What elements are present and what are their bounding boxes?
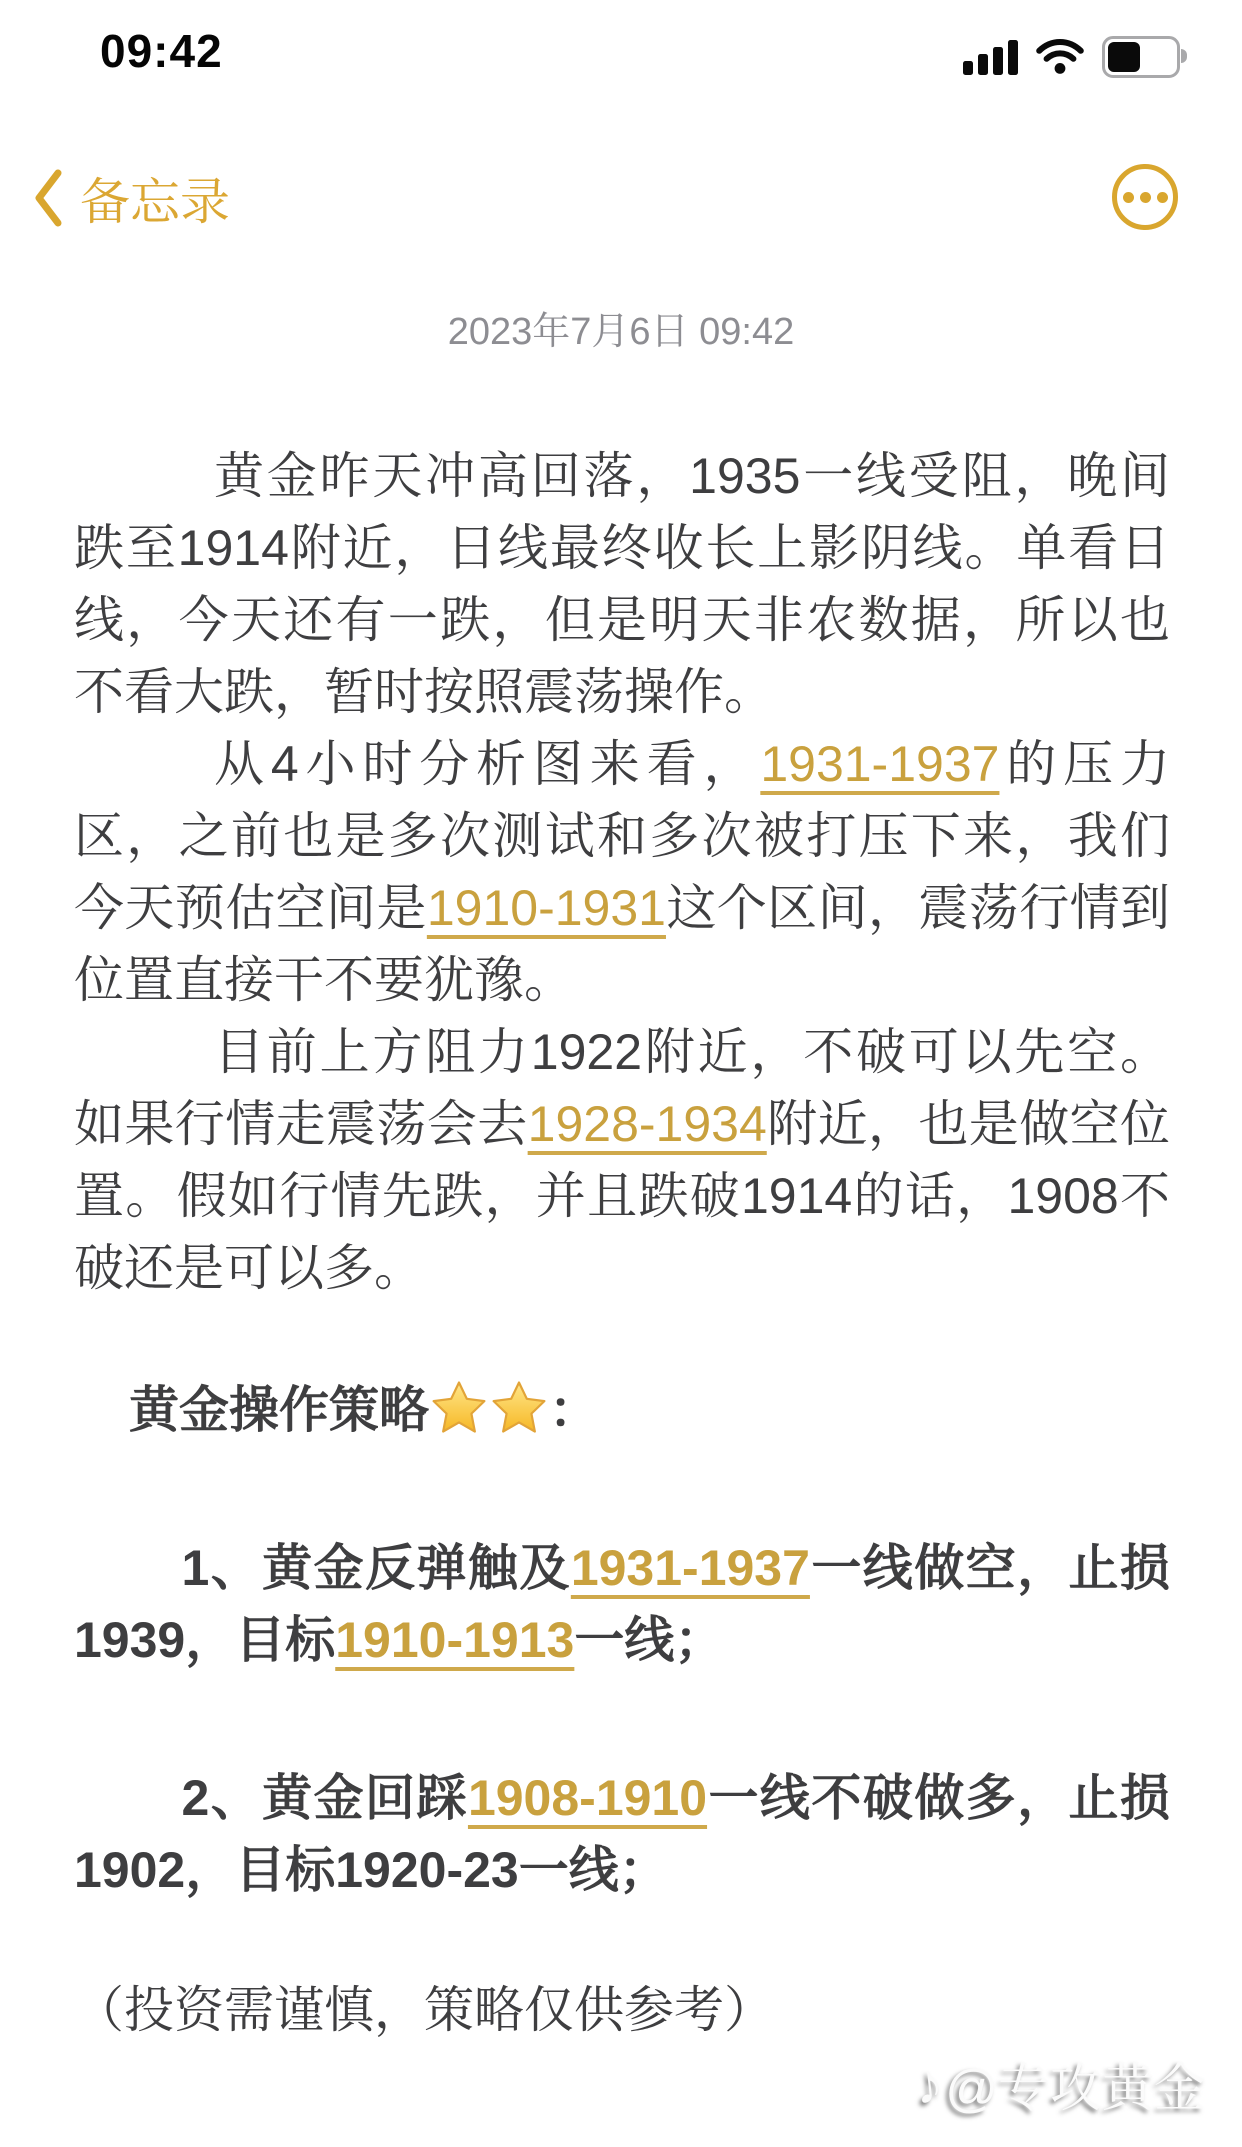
price-range-link[interactable]: 1910-1913 (335, 1612, 574, 1668)
text-run: 一线； (574, 1612, 724, 1668)
price-range-link[interactable]: 1931-1937 (760, 736, 999, 792)
paragraph: 目前上方阻力1922附近，不破可以先空。如果行情走震荡会去1928-1934附近… (74, 1016, 1170, 1304)
price-range-link[interactable]: 1910-1931 (427, 880, 666, 936)
paragraph: 从4小时分析图来看，1931-1937的压力区，之前也是多次测试和多次被打压下来… (74, 728, 1170, 1016)
cellular-signal-icon (963, 39, 1018, 75)
strategy-item-2: 2、黄金回踩1908-1910一线不破做多，止损1902，目标1920-23一线… (74, 1762, 1170, 1906)
status-bar: 09:42 (0, 0, 1242, 110)
signal-bar (963, 61, 973, 75)
watermark-handle: @专攻黄金 (945, 2046, 1206, 2121)
strategy-item-1: 1、黄金反弹触及1931-1937一线做空，止损1939，目标1910-1913… (74, 1532, 1170, 1676)
signal-bar (993, 47, 1003, 75)
text-run: 2、黄金回踩 (182, 1770, 468, 1826)
price-range-link[interactable]: 1931-1937 (571, 1540, 810, 1596)
text-run: 1、黄金反弹触及 (182, 1540, 571, 1596)
status-time: 09:42 (100, 24, 223, 78)
signal-bar (1008, 40, 1018, 75)
note-editor[interactable]: 黄金昨天冲高回落，1935一线受阻，晚间跌至1914附近，日线最终收长上影阴线。… (74, 440, 1170, 2046)
wifi-icon (1036, 38, 1084, 76)
back-button[interactable]: 备忘录 (30, 150, 230, 246)
notes-app-screen: 09:42 备忘录 (0, 0, 1242, 2147)
back-button-label: 备忘录 (80, 162, 230, 234)
price-range-link[interactable]: 1908-1910 (468, 1770, 707, 1826)
price-range-link[interactable]: 1928-1934 (528, 1096, 767, 1152)
strategy-heading-colon: ： (549, 1382, 599, 1438)
ellipsis-dot (1123, 192, 1134, 203)
ellipsis-dot (1140, 192, 1151, 203)
text-run: 从4小时分析图来看， (214, 736, 760, 792)
battery-nub (1181, 49, 1187, 63)
text-run: 黄金昨天冲高回落，1935一线受阻，晚间跌至1914附近，日线最终收长上影阴线。… (74, 448, 1170, 720)
music-note-icon: ♪ (912, 2050, 947, 2118)
ellipsis-dot (1157, 192, 1168, 203)
strategy-heading-text: 黄金操作策略 (129, 1382, 429, 1438)
note-date: 2023年7月6日 09:42 (0, 300, 1242, 355)
star-icon (431, 1379, 487, 1435)
signal-bar (978, 54, 988, 75)
battery-icon (1102, 36, 1180, 78)
status-icons (963, 36, 1180, 78)
nav-bar: 备忘录 (0, 150, 1242, 246)
star-icon (491, 1379, 547, 1435)
strategy-heading: 黄金操作策略： (74, 1374, 1170, 1446)
watermark: ♪ @专攻黄金 (915, 2046, 1206, 2121)
chevron-left-icon (30, 167, 64, 229)
paragraph: 黄金昨天冲高回落，1935一线受阻，晚间跌至1914附近，日线最终收长上影阴线。… (74, 440, 1170, 728)
battery-fill (1108, 42, 1140, 72)
disclaimer-note: （投资需谨慎，策略仅供参考） (74, 1974, 1170, 2046)
more-options-button[interactable] (1112, 164, 1178, 230)
